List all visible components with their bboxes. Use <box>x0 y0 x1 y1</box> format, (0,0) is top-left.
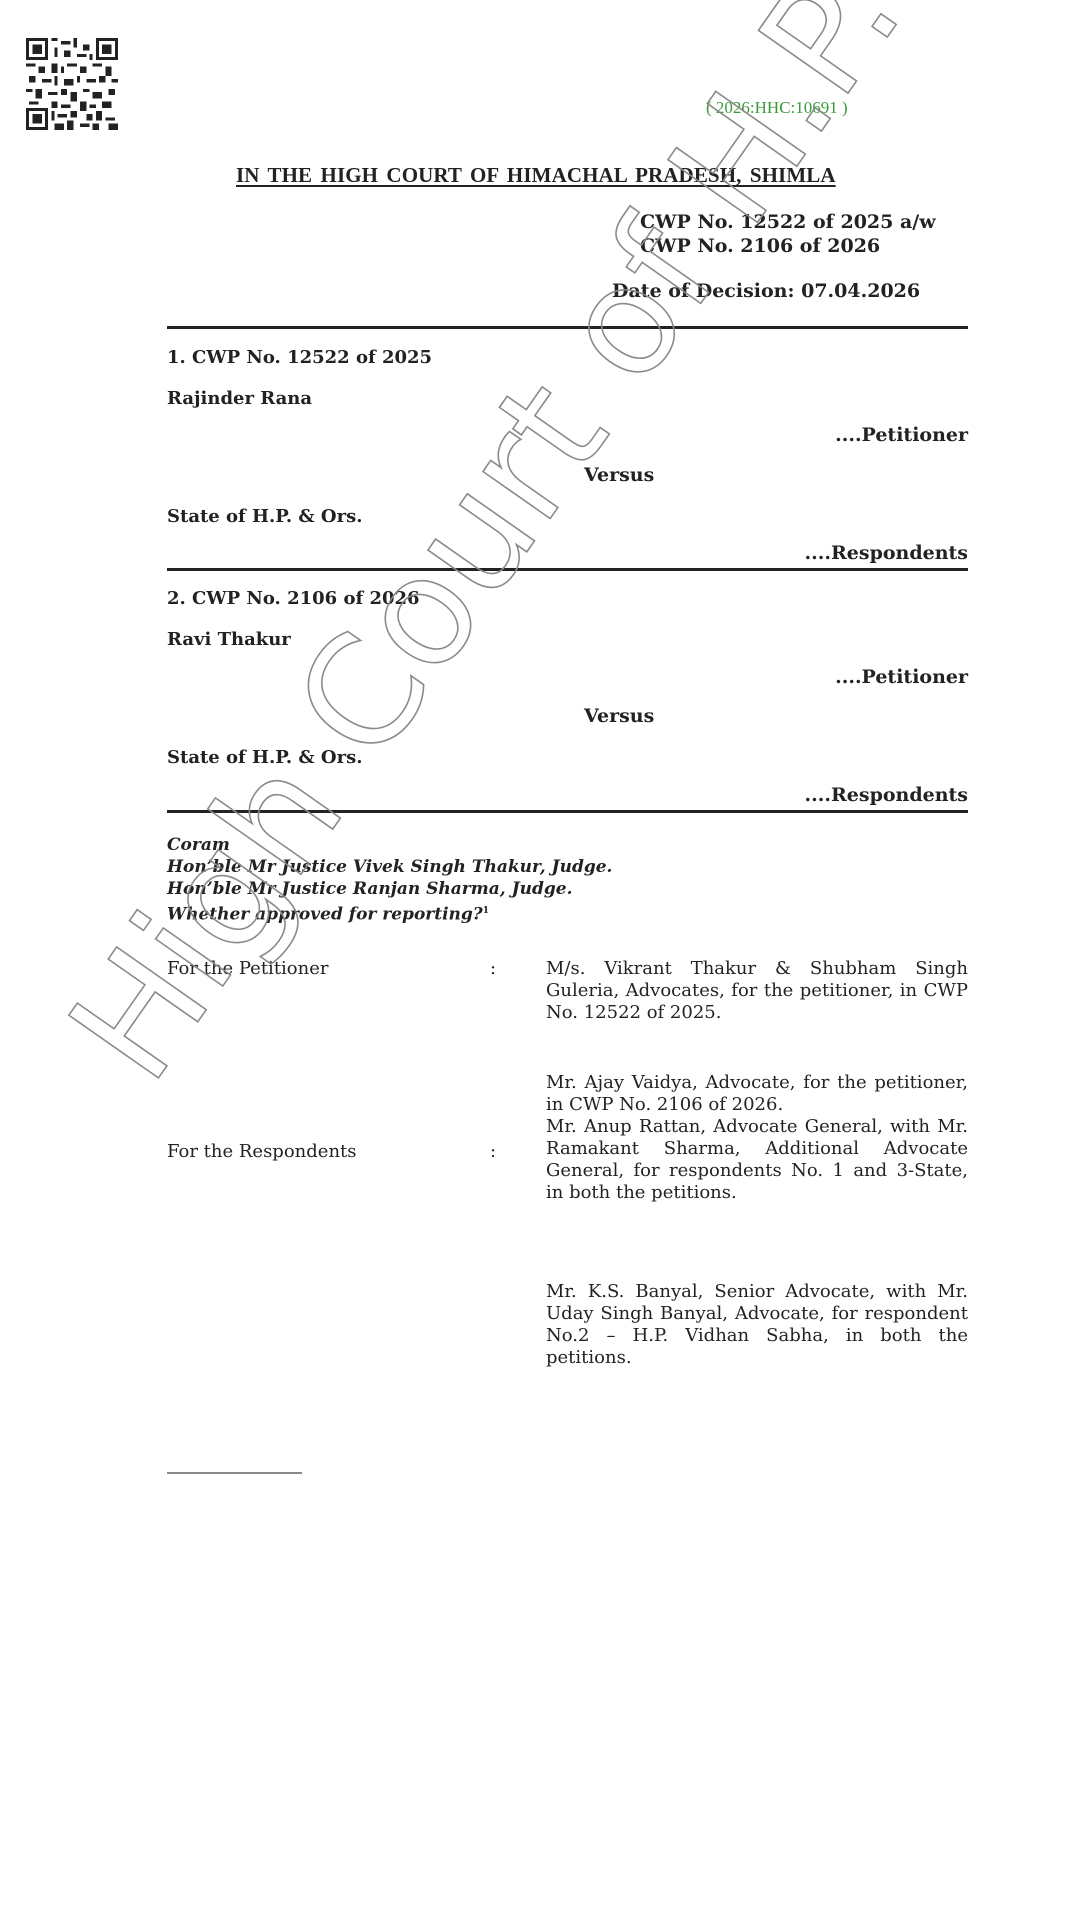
case-1-petitioner: Rajinder Rana <box>167 388 312 409</box>
counsel-petitioner-text-2: Mr. Ajay Vaidya, Advocate, for the petit… <box>546 1072 968 1116</box>
case-2-respondent: State of H.P. & Ors. <box>167 747 362 768</box>
divider <box>167 326 968 329</box>
judge-1: Hon’ble Mr Justice Vivek Singh Thakur, J… <box>167 856 612 878</box>
court-title: IN THE HIGH COURT OF HIMACHAL PRADESH, S… <box>236 163 836 188</box>
case-number-secondary: CWP No. 2106 of 2026 <box>640 234 936 258</box>
case-2-number: 2. CWP No. 2106 of 2026 <box>167 588 420 609</box>
counsel-petitioner-label: For the Petitioner <box>167 958 329 979</box>
case-numbers: CWP No. 12522 of 2025 a/w CWP No. 2106 o… <box>640 210 936 258</box>
qr-code-icon <box>26 38 118 130</box>
counsel-respondents-text-2: Mr. K.S. Banyal, Senior Advocate, with M… <box>546 1281 968 1369</box>
footnote-marker[interactable]: 1 <box>483 906 489 916</box>
case-2-petitioner: Ravi Thakur <box>167 629 291 650</box>
case-2-respondent-role: ....Respondents <box>805 784 968 806</box>
coram-heading: Coram <box>167 834 612 856</box>
case-1-respondent-role: ....Respondents <box>805 542 968 564</box>
case-1-versus: Versus <box>584 464 654 486</box>
judge-2: Hon’ble Mr Justice Ranjan Sharma, Judge. <box>167 878 612 900</box>
divider <box>167 810 968 813</box>
case-1-respondent: State of H.P. & Ors. <box>167 506 362 527</box>
counsel-respondents-colon: : <box>490 1141 496 1162</box>
date-of-decision: Date of Decision: 07.04.2026 <box>612 280 920 302</box>
footnote-separator <box>167 1472 302 1474</box>
coram-block: Coram Hon’ble Mr Justice Vivek Singh Tha… <box>167 834 612 926</box>
case-1-number: 1. CWP No. 12522 of 2025 <box>167 347 432 368</box>
reporting-question: Whether approved for reporting?1 <box>167 900 612 926</box>
case-2-versus: Versus <box>584 705 654 727</box>
case-2-petitioner-role: ....Petitioner <box>835 666 968 688</box>
counsel-respondents-label: For the Respondents <box>167 1141 357 1162</box>
counsel-petitioner-colon: : <box>490 958 496 979</box>
case-1-petitioner-role: ....Petitioner <box>835 424 968 446</box>
counsel-respondents-text-1: Mr. Anup Rattan, Advocate General, with … <box>546 1116 968 1204</box>
reporting-text: Whether approved for reporting? <box>167 905 483 925</box>
divider <box>167 568 968 571</box>
neutral-citation: ( 2026:HHC:10691 ) <box>706 98 848 118</box>
counsel-petitioner-text-1: M/s. Vikrant Thakur & Shubham Singh Gule… <box>546 958 968 1024</box>
case-number-primary: CWP No. 12522 of 2025 a/w <box>640 210 936 234</box>
